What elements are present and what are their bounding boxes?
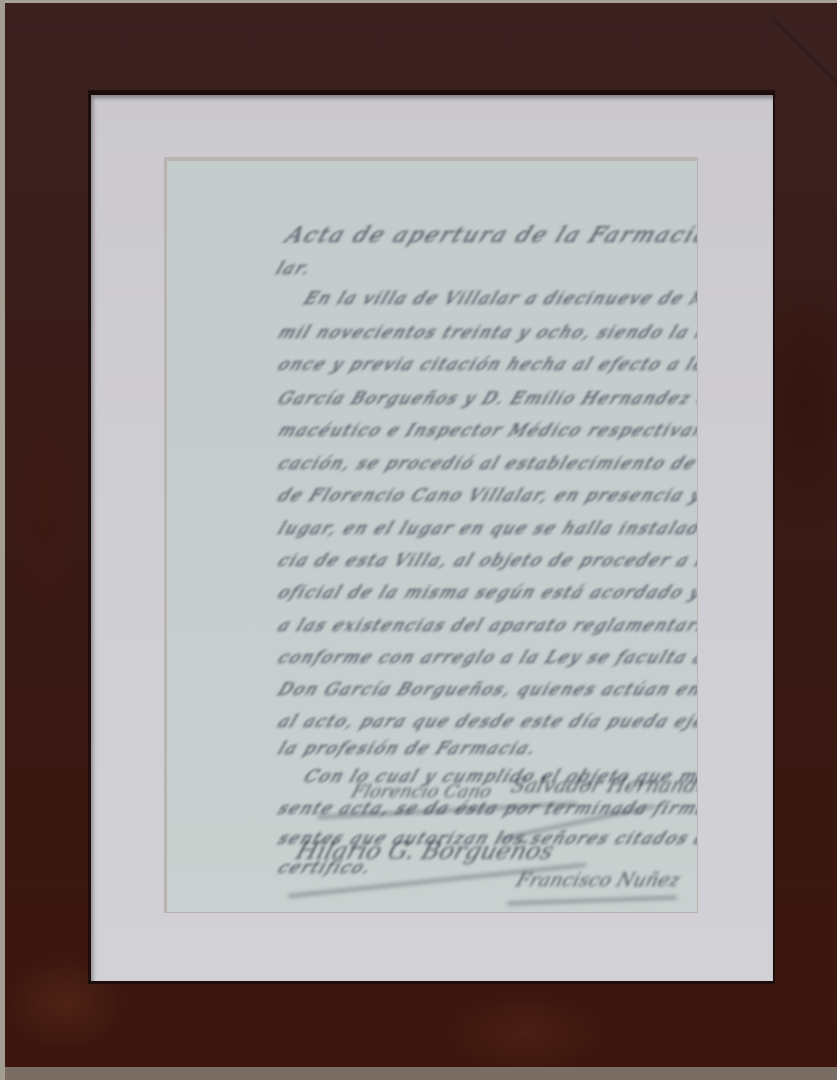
text-line: cia de esta Villa, al objeto de proceder… xyxy=(275,551,697,571)
text-line: la profesión de Farmacia. xyxy=(275,739,540,759)
text-line: macéutico e Inspector Médico respectivam… xyxy=(275,421,697,441)
signature-2: Salvador Hernandez xyxy=(508,773,697,797)
text-line: lugar, en el lugar en que se halla insta… xyxy=(275,519,697,539)
text-line: al acto, para que desde este día pueda e… xyxy=(275,712,697,732)
text-line: a las existencias del aparato reglamenta… xyxy=(275,616,697,636)
text-line: conforme con arreglo a la Ley se faculta… xyxy=(275,648,697,668)
text-line: oficial de la misma según está acordado … xyxy=(275,583,697,603)
document-title-continuation: lar. xyxy=(273,259,314,279)
signature-4: Francisco Nuñez xyxy=(513,869,683,891)
frame-corner-joint xyxy=(772,3,837,98)
signature-flourish xyxy=(507,896,677,905)
text-line: cación, se procedió al establecimiento d… xyxy=(275,454,697,474)
text-line: de Florencio Cano Villalar, en presencia… xyxy=(275,486,697,506)
text-line: García Borgueños y D. Emilio Hernandez C… xyxy=(275,389,697,409)
document-title: Acta de apertura de la Farmacia de Villa… xyxy=(282,223,697,248)
text-line: mil novecientos treinta y ocho, siendo l… xyxy=(275,323,697,343)
text-line: En la villa de Villalar a diecinueve de … xyxy=(301,289,697,309)
text-line: once y previa citación hecha al efecto a… xyxy=(275,355,697,375)
text-line: Don García Borgueños, quienes actúan en … xyxy=(275,680,697,700)
signature-1: Florencio Cano xyxy=(349,781,495,802)
handwritten-document: Acta de apertura de la Farmacia de Villa… xyxy=(167,161,697,912)
signature-3: Hilario G. Borgueños xyxy=(292,837,557,865)
